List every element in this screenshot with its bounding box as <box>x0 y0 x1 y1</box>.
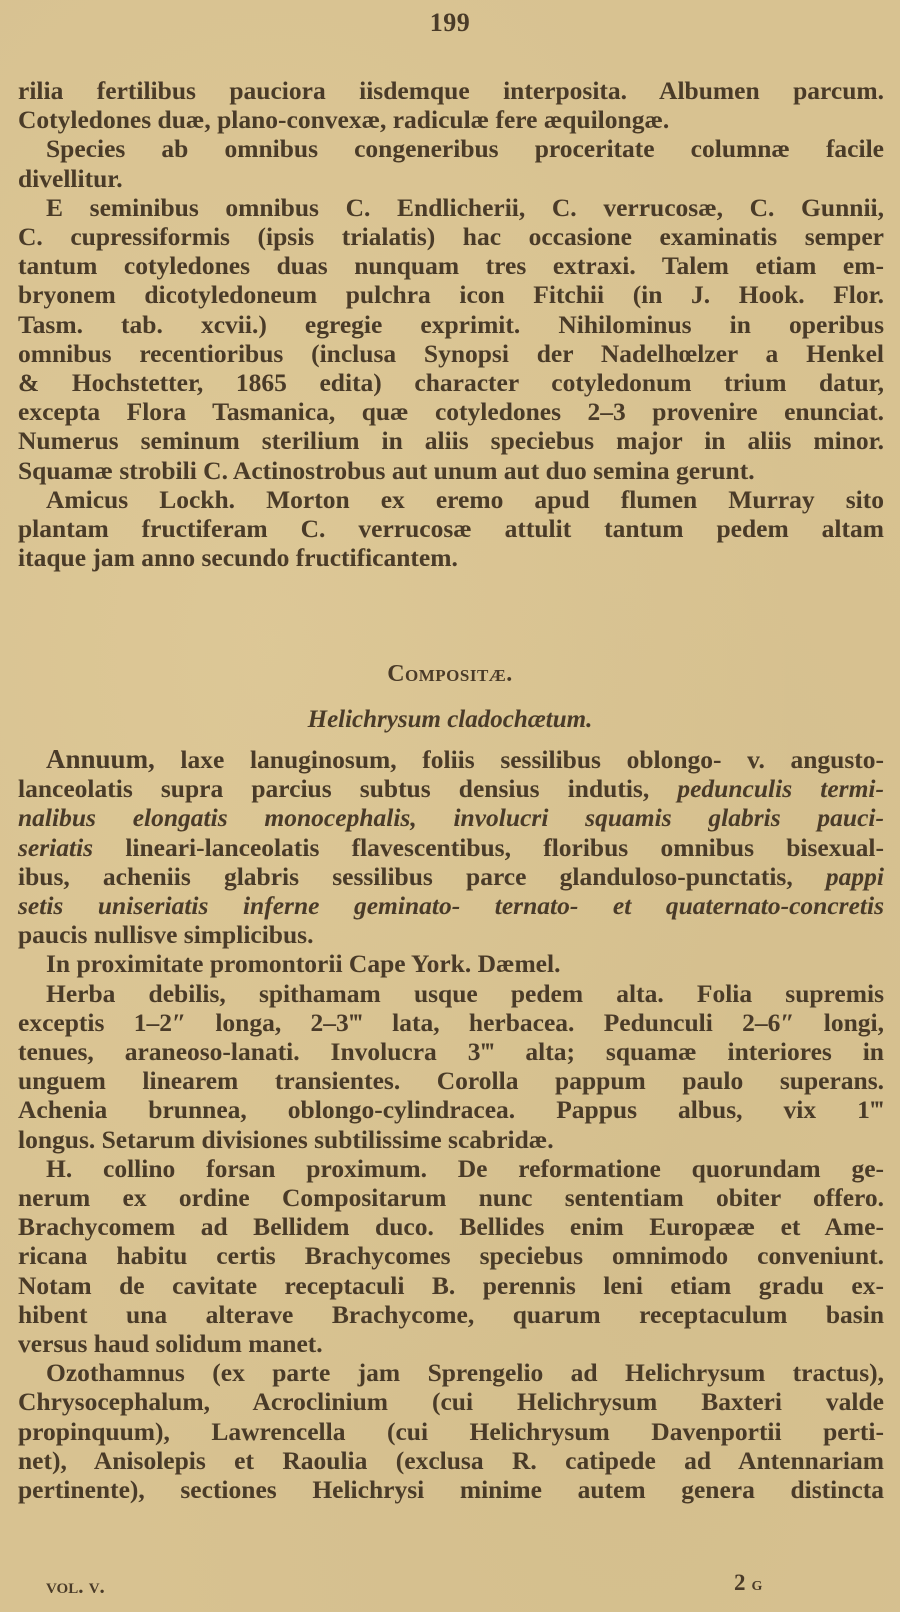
text-line: nalibus elongatis monocephalis, involucr… <box>18 803 884 832</box>
text-line: exceptis 1–2″ longa, 2–3‴ lata, herbacea… <box>18 1008 884 1037</box>
text-line: hibent una alterave Brachycome, quarum r… <box>18 1300 884 1329</box>
text-line: Squamæ strobili C. Actinostrobus aut unu… <box>18 456 884 485</box>
text-line: tantum cotyledones duas nunquam tres ext… <box>18 251 884 280</box>
species-description: Annuum, laxe lanuginosum, foliis sessili… <box>18 745 884 1504</box>
text-line: Brachycomem ad Bellidem duco. Bellides e… <box>18 1212 884 1241</box>
text-line: versus haud solidum manet. <box>18 1329 884 1358</box>
text-line: net), Anisolepis et Raoulia (exclusa R. … <box>18 1446 884 1475</box>
text-line: Numerus seminum sterilium in aliis speci… <box>18 426 884 455</box>
text-line: pertinente), sectiones Helichrysi minime… <box>18 1475 884 1504</box>
text-line: plantam fructiferam C. verrucosæ attulit… <box>18 514 884 543</box>
text-line: H. collino forsan proximum. De reformati… <box>18 1154 884 1183</box>
text-line: Chrysocephalum, Acroclinium (cui Helichr… <box>18 1387 884 1416</box>
text-line: lanceolatis supra parcius subtus densius… <box>18 774 884 803</box>
species-heading: Helichrysum cladochætum. <box>0 706 900 734</box>
text-line: setis uniseriatis inferne geminato- tern… <box>18 891 884 920</box>
text-line: excepta Flora Tasmanica, quæ cotyledones… <box>18 397 884 426</box>
text-line: ibus, acheniis glabris sessilibus parce … <box>18 862 884 891</box>
text-line: Cotyledones duæ, plano-convexæ, radiculæ… <box>18 105 884 134</box>
text-line: Annuum, laxe lanuginosum, foliis sessili… <box>18 745 884 774</box>
text-line: & Hochstetter, 1865 edita) character cot… <box>18 368 884 397</box>
text-line: divellitur. <box>18 164 884 193</box>
locality-line: In proximitate promontorii Cape York. Dæ… <box>18 949 884 978</box>
italic-span: pappi <box>826 862 884 891</box>
text-line: rilia fertilibus pauciora iisdemque inte… <box>18 76 884 105</box>
family-heading: Compositæ. <box>0 661 900 688</box>
book-page: 199 rilia fertilibus pauciora iisdemque … <box>0 0 900 1612</box>
text-line: tenues, araneoso-lanati. Involucra 3‴ al… <box>18 1037 884 1066</box>
signature-mark: 2g <box>734 1570 762 1596</box>
text-line: seriatis lineari-lanceolatis flavescenti… <box>18 833 884 862</box>
text-line: paucis nullisve simplicibus. <box>18 920 884 949</box>
signature-letter: g <box>752 1573 763 1595</box>
text-line: itaque jam anno secundo fructificantem. <box>18 543 884 572</box>
text-line: Species ab omnibus congeneribus procerit… <box>18 134 884 163</box>
text-line: Tasm. tab. xcvii.) egregie exprimit. Nih… <box>18 310 884 339</box>
text-block-top: rilia fertilibus pauciora iisdemque inte… <box>18 76 884 572</box>
text-line: Amicus Lockh. Morton ex eremo apud flume… <box>18 485 884 514</box>
text-line: C. cupressiformis (ipsis trialatis) hac … <box>18 222 884 251</box>
italic-span: pedunculis termi- <box>677 774 884 803</box>
text-line: bryonem dicotyledoneum pulchra icon Fitc… <box>18 280 884 309</box>
page-number: 199 <box>0 8 900 38</box>
text-span: ibus, acheniis glabris sessilibus parce … <box>18 862 826 891</box>
text-line: propinquum), Lawrencella (cui Helichrysu… <box>18 1417 884 1446</box>
text-line: Notam de cavitate receptaculi B. perenni… <box>18 1271 884 1300</box>
signature-number: 2 <box>734 1570 746 1595</box>
italic-span: seriatis <box>18 833 93 862</box>
text-line: ricana habitu certis Brachycomes specieb… <box>18 1241 884 1270</box>
text-line: omnibus recentioribus (inclusa Synopsi d… <box>18 339 884 368</box>
description-lead: Annuum, <box>46 744 155 774</box>
text-span: lanceolatis supra parcius subtus densius… <box>18 774 677 803</box>
text-line: E seminibus omnibus C. Endlicherii, C. v… <box>18 193 884 222</box>
text-line: Ozothamnus (ex parte jam Sprengelio ad H… <box>18 1358 884 1387</box>
text-span: lineari-lanceolatis flavescentibus, flor… <box>93 833 884 862</box>
volume-footer: vol. v. <box>46 1574 105 1599</box>
text-line: nerum ex ordine Compositarum nunc senten… <box>18 1183 884 1212</box>
text-line: longus. Setarum divisiones subtilissime … <box>18 1125 884 1154</box>
text-line: Achenia brunnea, oblongo-cylindracea. Pa… <box>18 1095 884 1124</box>
text-line: Herba debilis, spithamam usque pedem alt… <box>18 979 884 1008</box>
text-span: laxe lanuginosum, foliis sessilibus oblo… <box>155 745 884 774</box>
text-line: unguem linearem transientes. Corolla pap… <box>18 1066 884 1095</box>
